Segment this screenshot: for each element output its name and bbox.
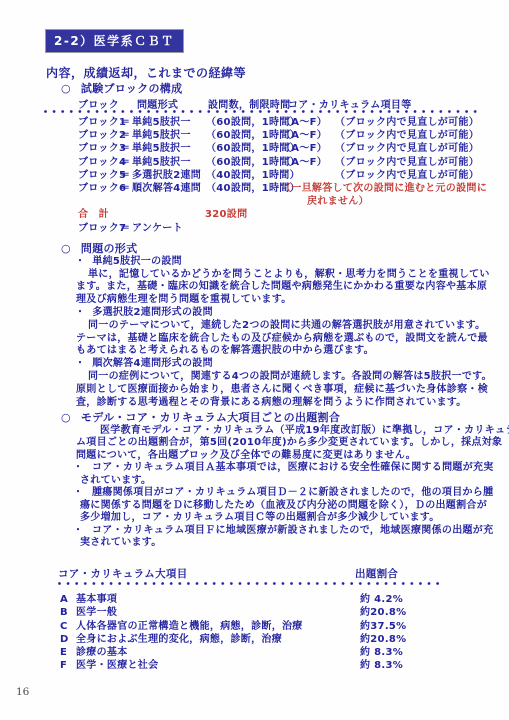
block-row-5: ブロック5 ＝ 多選択肢2連問 （40設問，1時間） （ブロック内で見直しが可能…	[78, 169, 503, 182]
block-row-4: ブロック4 ＝ 単純5肢択一 （60設問，1時間） （A～F） （ブロック内で見…	[78, 156, 503, 169]
block-row-7: ブロック7 ＝ アンケート	[78, 222, 503, 235]
item-paragraph: 同一の症例について，関連する4つの設問が連続します。各設問の解答は5肢択一です。…	[76, 371, 509, 409]
block-format: 多選択肢2連問	[132, 169, 206, 182]
block-range: （A～F）	[281, 156, 335, 169]
row-name: 診療の基本	[76, 646, 360, 659]
curriculum-row-d: D 全身におよぶ生理的変化，病態，診断，治療 約20.8%	[60, 633, 503, 646]
block-format: アンケート	[132, 222, 206, 235]
equals-sign: ＝	[120, 182, 132, 195]
equals-sign: ＝	[120, 142, 132, 155]
circle-marker-icon	[61, 82, 81, 95]
bullet-icon	[73, 487, 83, 500]
block-name: ブロック5	[78, 169, 120, 182]
equals-sign: ＝	[120, 116, 132, 129]
row-percent: 約20.8%	[360, 633, 503, 646]
item-paragraph: 単に，記憶しているかどうかを問うことよりも，解釈・思考力を問うことを重視していま…	[76, 269, 509, 307]
curriculum-table: A 基本事項 約 4.2% B 医学一般 約20.8% C 人体各器官の正常構造…	[60, 593, 503, 673]
section-heading: モデル・コア・カリキュラム大項目ごとの出題割合	[61, 412, 509, 425]
curriculum-header-right: 出題割合	[355, 566, 398, 581]
row-letter: B	[60, 606, 76, 619]
col-header-curriculum: コア・カリキュラム項目等	[288, 96, 499, 111]
block-name: ブロック3	[78, 142, 120, 155]
title-badge: 2-2）医学系ＣＢＴ	[45, 29, 184, 53]
block-range: （A～F）	[281, 129, 335, 142]
dotted-divider	[58, 582, 444, 585]
curriculum-header-left: コア・カリキュラム大項目	[58, 566, 355, 581]
section-heading: 問題の形式	[61, 243, 509, 256]
block-name: ブロック1	[78, 116, 120, 129]
equals-sign: ＝	[120, 129, 132, 142]
main-heading: 内容，成績返却，これまでの経緯等	[46, 64, 246, 81]
dotted-divider	[44, 110, 478, 113]
block-range: （A～F）	[281, 142, 335, 155]
block-name: ブロック4	[78, 156, 120, 169]
curriculum-row-a: A 基本事項 約 4.2%	[60, 593, 503, 606]
row-percent: 約 4.2%	[360, 593, 503, 606]
circle-marker-icon	[61, 411, 81, 424]
block-row-1: ブロック1 ＝ 単純5肢択一 （60設問，1時間） （A～F） （ブロック内で見…	[78, 116, 503, 129]
block-count: （60設問，1時間）	[206, 156, 281, 169]
block-name: ブロック6	[78, 182, 120, 195]
col-header-count: 設問数，制限時間	[208, 96, 288, 111]
row-percent: 約 8.3%	[360, 659, 503, 672]
block-table-header: ブロック 問題形式 設問数，制限時間 コア・カリキュラム項目等	[78, 96, 499, 111]
curriculum-row-f: F 医学・医療と社会 約 8.3%	[60, 659, 503, 672]
row-percent: 約 8.3%	[360, 646, 503, 659]
equals-sign: ＝	[120, 222, 132, 235]
row-name: 基本事項	[76, 593, 360, 606]
block-range: （A～F）	[281, 116, 335, 129]
block-name: ブロック2	[78, 129, 120, 142]
subsection-title: 試験ブロックの構成	[81, 82, 182, 95]
curriculum-row-c: C 人体各器官の正常構造と機能，病態，診断，治療 約37.5%	[60, 620, 503, 633]
curriculum-table-header: コア・カリキュラム大項目 出題割合	[58, 566, 398, 581]
block-table: ブロック1 ＝ 単純5肢択一 （60設問，1時間） （A～F） （ブロック内で見…	[78, 116, 503, 235]
row-name: 医学一般	[76, 606, 360, 619]
row-name: 全身におよぶ生理的変化，病態，診断，治療	[76, 633, 360, 646]
block-row-3: ブロック3 ＝ 単純5肢択一 （60設問，1時間） （A～F） （ブロック内で見…	[78, 142, 503, 155]
equals-sign: ＝	[120, 156, 132, 169]
circle-marker-icon	[61, 242, 81, 255]
row-letter: F	[60, 659, 76, 672]
intro-paragraph: 医学教育モデル・コア・カリキュラム（平成19年度改訂版）に準拠し，コア・カリキュ…	[76, 425, 509, 463]
block-count: （60設問，1時間）	[206, 116, 281, 129]
row-letter: C	[60, 620, 76, 633]
bullet-icon	[73, 525, 83, 538]
block-range	[281, 169, 335, 182]
total-row: 合 計 320設問	[78, 208, 503, 221]
row-letter: D	[60, 633, 76, 646]
item-title-simple5: 単純5肢択一の設問	[75, 256, 509, 269]
block-format: 順次解答4連問	[132, 182, 206, 195]
row-name: 人体各器官の正常構造と機能，病態，診断，治療	[76, 620, 360, 633]
block-format: 単純5肢択一	[132, 142, 206, 155]
block-row-6: ブロック6 ＝ 順次解答4連問 （40設問，1時間） （一旦解答して次の設問に進…	[78, 182, 503, 195]
page-number: 16	[16, 686, 29, 698]
bullet-item-a: コア・カリキュラム項目Ａ基本事項では，医療における安全性確保に関する問題が充実さ…	[80, 462, 509, 487]
total-label: 合 計	[78, 208, 205, 221]
bullet-icon	[73, 462, 83, 475]
block-format: 単純5肢択一	[132, 156, 206, 169]
section-question-formats: 問題の形式 単純5肢択一の設問 単に，記憶しているかどうかを問うことよりも，解釈…	[0, 243, 509, 409]
block-note: （ブロック内で見直しが可能）	[335, 156, 503, 169]
row-letter: A	[60, 593, 76, 606]
block-note: （ブロック内で見直しが可能）	[335, 116, 503, 129]
block-note: （ブロック内で見直しが可能）	[335, 129, 503, 142]
row-percent: 約37.5%	[360, 620, 503, 633]
block-note: （ブロック内で見直しが可能）	[335, 169, 503, 182]
curriculum-row-e: E 診療の基本 約 8.3%	[60, 646, 503, 659]
row-name: 医学・医療と社会	[76, 659, 360, 672]
bullet-item-d2: 腫瘍関係項目がコア・カリキュラム項目Ｄ－２に新設されましたので，他の項目から腫瘍…	[80, 487, 509, 525]
item-title-multi2: 多選択肢2連問形式の設問	[75, 307, 509, 320]
col-header-block: ブロック	[78, 96, 137, 111]
block-format: 単純5肢択一	[132, 129, 206, 142]
row-percent: 約20.8%	[360, 606, 503, 619]
block-count: （40設問，1時間）	[206, 182, 281, 195]
total-value: 320設問	[205, 208, 503, 221]
block-note: （ブロック内で見直しが可能）	[335, 142, 503, 155]
block-row-2: ブロック2 ＝ 単純5肢択一 （60設問，1時間） （A～F） （ブロック内で見…	[78, 129, 503, 142]
row-letter: E	[60, 646, 76, 659]
block-count: （40設問，1時間）	[206, 169, 281, 182]
curriculum-row-b: B 医学一般 約20.8%	[60, 606, 503, 619]
section-curriculum-ratio: モデル・コア・カリキュラム大項目ごとの出題割合 医学教育モデル・コア・カリキュラ…	[0, 412, 509, 550]
block-note-warning-line2: 戻れません）	[307, 195, 503, 208]
subsection-exam-blocks-heading: 試験ブロックの構成	[61, 80, 182, 96]
item-paragraph: 同一のテーマについて，連続した2つの設問に共通の解答選択肢が用意されています。テ…	[76, 320, 509, 358]
block-count: （60設問，1時間）	[206, 142, 281, 155]
item-title-seq4: 順次解答4連問形式の設問	[75, 358, 509, 371]
equals-sign: ＝	[120, 169, 132, 182]
block-name: ブロック7	[78, 222, 120, 235]
block-note-warning: （一旦解答して次の設問に進むと元の設問に	[281, 182, 503, 195]
block-format: 単純5肢択一	[132, 116, 206, 129]
col-header-format: 問題形式	[137, 96, 208, 111]
bullet-item-f: コア・カリキュラム項目Ｆに地域医療が新設されましたので，地域医療関係の出題が充実…	[80, 525, 509, 550]
document-page: 2-2）医学系ＣＢＴ 内容，成績返却，これまでの経緯等 試験ブロックの構成 ブロ…	[0, 0, 509, 720]
block-count: （60設問，1時間）	[206, 129, 281, 142]
